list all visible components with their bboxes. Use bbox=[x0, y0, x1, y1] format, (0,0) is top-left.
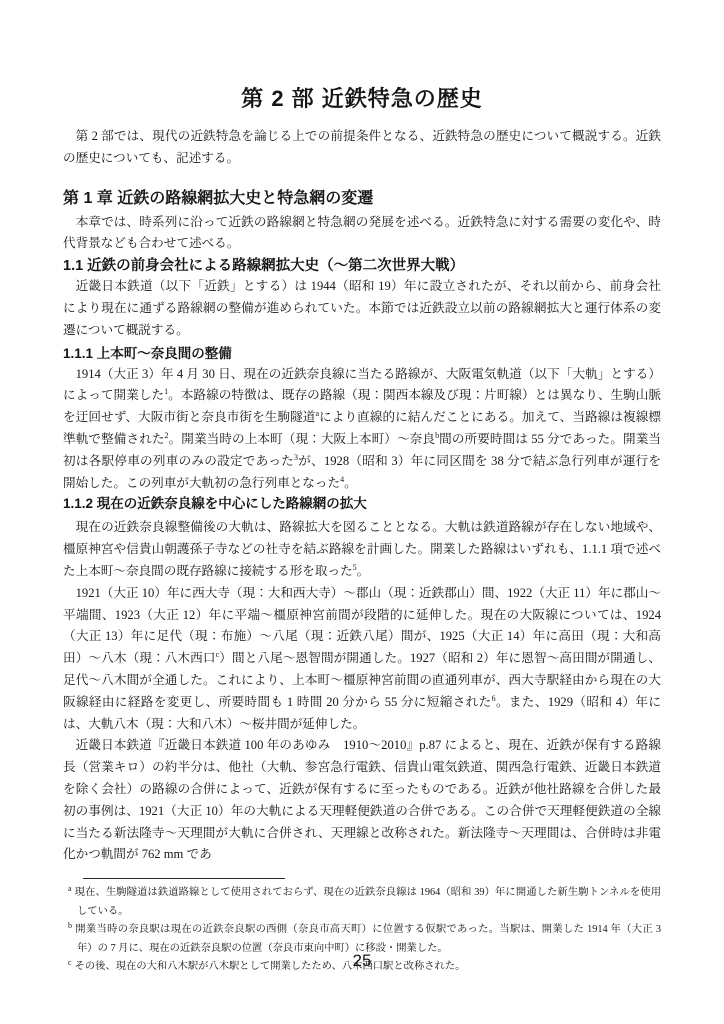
page-content: 第 2 部 近鉄特急の歴史 第 2 部では、現代の近鉄特急を論じる上での前提条件… bbox=[63, 0, 661, 977]
footnote-ref: 1 bbox=[164, 387, 168, 396]
section-1-1-intro-paragraph: 近畿日本鉄道（以下「近鉄」とする）は 1944（昭和 19）年に設立されたが、そ… bbox=[63, 276, 661, 341]
footnote-separator bbox=[83, 878, 285, 879]
subsection-1-1-1-heading: 1.1.1 上本町～奈良間の整備 bbox=[63, 345, 661, 363]
footnote-a-marker: a bbox=[68, 884, 72, 893]
footnote-ref: 4 bbox=[340, 474, 344, 483]
document-page: 第 2 部 近鉄特急の歴史 第 2 部では、現代の近鉄特急を論じる上での前提条件… bbox=[0, 0, 724, 1024]
footnote-b-text: 開業当時の奈良駅は現在の近鉄奈良駅の西側（奈良市高天町）に位置する仮駅であった。… bbox=[75, 924, 661, 954]
footnote-a: a現在、生駒隧道は鉄道路線として使用されておらず、現在の近鉄奈良線は 1964（… bbox=[63, 884, 661, 921]
subsection-1-1-2-paragraph-2: 1921（大正 10）年に西大寺（現：大和西大寺）～郡山（現：近鉄郡山）間、19… bbox=[63, 583, 661, 736]
subsection-1-1-2-heading: 1.1.2 現在の近鉄奈良線を中心にした路線網の拡大 bbox=[63, 495, 661, 513]
footnote-ref: 3 bbox=[294, 453, 298, 462]
subsection-1-1-2-paragraph-3: 近畿日本鉄道『近畿日本鉄道 100 年のあゆみ 1910～2010』p.87 に… bbox=[63, 735, 661, 866]
part-intro-paragraph: 第 2 部では、現代の近鉄特急を論じる上での前提条件となる、近鉄特急の歴史につい… bbox=[63, 126, 661, 170]
footnote-ref: 5 bbox=[353, 563, 357, 572]
chapter-intro-paragraph: 本章では、時系列に沿って近鉄の路線網と特急網の発展を述べる。近鉄特急に対する需要… bbox=[63, 212, 661, 256]
page-number: 25 bbox=[0, 951, 724, 971]
footnote-ref: 2 bbox=[165, 431, 169, 440]
footnote-b-marker: b bbox=[68, 921, 72, 930]
footnote-a-text: 現在、生駒隧道は鉄道路線として使用されておらず、現在の近鉄奈良線は 1964（昭… bbox=[75, 887, 661, 917]
subsection-1-1-2-paragraph-1: 現在の近鉄奈良線整備後の大軌は、路線拡大を図ることとなる。大軌は鉄道路線が存在し… bbox=[63, 517, 661, 582]
footnote-ref: c bbox=[216, 650, 220, 659]
subsection-1-1-1-paragraph: 1914（大正 3）年 4 月 30 日、現在の近鉄奈良線に当たる路線が、大阪電… bbox=[63, 364, 661, 495]
footnote-ref: a bbox=[315, 409, 319, 418]
footnote-ref: b bbox=[435, 431, 439, 440]
chapter-1-heading: 第 1 章 近鉄の路線網拡大史と特急網の変遷 bbox=[63, 188, 661, 210]
part-title: 第 2 部 近鉄特急の歴史 bbox=[63, 84, 661, 114]
section-1-1-heading: 1.1 近鉄の前身会社による路線網拡大史（～第二次世界大戦） bbox=[63, 256, 661, 276]
footnote-ref: 6 bbox=[492, 694, 496, 703]
